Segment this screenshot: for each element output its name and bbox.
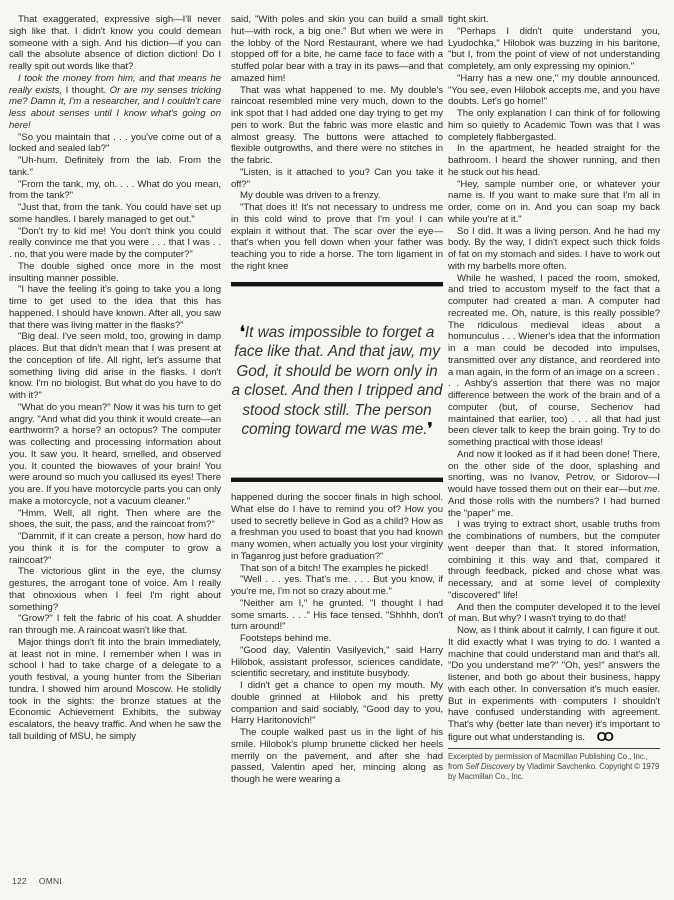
paragraph: "From the tank, my, oh. . . . What do yo… <box>9 179 221 203</box>
paragraph: "I have the feeling it's going to take y… <box>9 284 221 331</box>
article-column-1: That exaggerated, expressive sigh—I'll n… <box>9 14 221 743</box>
paragraph: "Neither am I," he grunted. "I thought I… <box>231 598 443 633</box>
page-number: 122 <box>12 876 27 886</box>
pull-quote-text: ❛It was impossible to forget a face like… <box>231 287 443 478</box>
paragraph: Footsteps behind me. <box>231 633 443 645</box>
pull-quote: ❛It was impossible to forget a face like… <box>231 282 443 483</box>
paragraph: So I did. It was a living person. And he… <box>448 226 660 273</box>
paragraph: "Dammit, if it can create a person, how … <box>9 531 221 566</box>
final-paragraph: Now, as I think about it calmly, I can f… <box>448 625 660 744</box>
paragraph: I was trying to extract short, usable tr… <box>448 519 660 601</box>
page-folio: 122OMNI <box>12 876 74 886</box>
paragraph: In the apartment, he headed straight for… <box>448 143 660 178</box>
paragraph: "That does it! It's not necessary to und… <box>231 202 443 273</box>
paragraph: And now it looked as if it had been done… <box>448 449 660 520</box>
end-of-article-icon: OO <box>588 731 611 743</box>
text: , I thought. <box>59 85 109 96</box>
paragraph: That exaggerated, expressive sigh—I'll n… <box>9 14 221 73</box>
paragraph: That son of a bitch! The examples he pic… <box>231 563 443 575</box>
paragraph: tight skirt. <box>448 14 660 26</box>
paragraph: The only explanation I can think of for … <box>448 108 660 143</box>
credit-divider <box>448 748 660 749</box>
paragraph: The victorious glint in the eye, the clu… <box>9 566 221 613</box>
book-title: Self Discovery <box>466 762 515 771</box>
paragraph: That was what happened to me. My double'… <box>231 85 443 167</box>
paragraph: "So you maintain that . . . you've come … <box>9 132 221 156</box>
paragraph: "Harry has a new one," my double announc… <box>448 73 660 108</box>
italic-thought-paragraph: I took the money from him, and that mean… <box>9 73 221 132</box>
pull-quote-body: It was impossible to forget a face like … <box>232 324 443 439</box>
paragraph: The couple walked past us in the light o… <box>231 727 443 786</box>
paragraph: "What do you mean?" Now it was his turn … <box>9 402 221 508</box>
magazine-name: OMNI <box>39 876 62 886</box>
article-column-2: said, "With poles and skin you can build… <box>231 14 443 786</box>
paragraph: The double sighed once more in the most … <box>9 261 221 285</box>
paragraph: "Just that, from the tank. You could hav… <box>9 202 221 226</box>
paragraph: My double was driven to a frenzy. <box>231 190 443 202</box>
text: And now it looked as if it had been done… <box>448 449 660 495</box>
paragraph: I didn't get a chance to open my mouth. … <box>231 680 443 727</box>
close-quote-icon: ❜ <box>428 421 433 438</box>
permission-credit: Excerpted by permission of Macmillan Pub… <box>448 752 660 782</box>
italic-text: me <box>644 484 657 495</box>
paragraph: "Listen, is it attached to you? Can you … <box>231 167 443 191</box>
paragraph: "Big deal. I've seen mold, too, growing … <box>9 331 221 402</box>
paragraph: "Hey, sample number one, or whatever you… <box>448 179 660 226</box>
paragraph: And then the computer developed it to th… <box>448 602 660 626</box>
paragraph: Major things don't fit into the brain im… <box>9 637 221 743</box>
paragraph: "Well . . . yes. That's me. . . . But yo… <box>231 574 443 598</box>
pull-quote-bottom-rule <box>231 477 443 482</box>
paragraph: While he washed, I paced the room, smoke… <box>448 273 660 449</box>
paragraph: "Perhaps I didn't quite understand you, … <box>448 26 660 73</box>
paragraph: "Hmm. Well, all right. Then where are th… <box>9 508 221 532</box>
paragraph: said, "With poles and skin you can build… <box>231 14 443 85</box>
paragraph: "Good day, Valentin Vasilyevich," said H… <box>231 645 443 680</box>
paragraph: "Grow?" I felt the fabric of his coat. A… <box>9 613 221 637</box>
text: Now, as I think about it calmly, I can f… <box>448 625 660 743</box>
paragraph: happened during the soccer finals in hig… <box>231 492 443 563</box>
paragraph: "Don't try to kid me! You don't think yo… <box>9 226 221 261</box>
paragraph: "Uh-hum. Definitely from the lab. From t… <box>9 155 221 179</box>
article-column-3: tight skirt. "Perhaps I didn't quite und… <box>448 14 660 782</box>
